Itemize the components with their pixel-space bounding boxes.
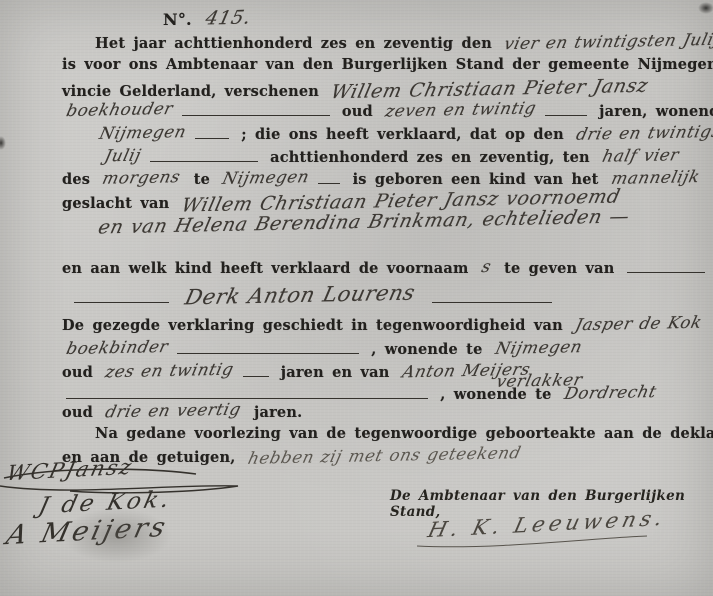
fill-rule — [545, 104, 587, 116]
act-line-12: De gezegde verklaring geschiedt in tegen… — [62, 315, 707, 334]
handwritten-child-gender: mannelijk — [609, 167, 701, 188]
act-number-label: N°. — [163, 10, 192, 29]
act-line-15: , wonende te Dordrecht — [62, 384, 661, 403]
printed-text: Na gedane voorlezing van de tegenwoordig… — [95, 425, 713, 442]
scan-edge-mark — [698, 2, 713, 14]
handwritten-witness1-age: zes en twintig — [104, 360, 236, 382]
printed-text: is voor ons Ambtenaar van den Burgerlijk… — [62, 56, 713, 73]
handwritten-witness1-name: Jasper de Kok — [574, 313, 705, 335]
printed-text: te — [194, 171, 210, 188]
printed-text: te geven van — [504, 260, 614, 277]
ink-smudge — [62, 508, 172, 563]
signature-official-flourish — [415, 532, 650, 550]
act-line-14: oud zes en twintig jaren en van Anton Me… — [62, 362, 535, 381]
handwritten-birth-month: Julij — [103, 146, 143, 166]
fill-rule — [195, 127, 229, 139]
handwritten-time-of-day: morgens — [101, 167, 183, 188]
act-line-6: Julij achttienhonderd zes en zeventig, t… — [100, 147, 713, 166]
printed-text: oud — [62, 404, 93, 421]
act-line-17: Na gedane voorlezing van de tegenwoordig… — [95, 425, 713, 442]
handwritten-declarant-occupation: boekhouder — [65, 99, 176, 120]
handwritten-witness1-occupation: boekbinder — [65, 337, 171, 358]
act-line-1: Het jaar achttienhonderd zes en zeventig… — [95, 33, 713, 52]
printed-text: , wonende te — [371, 341, 482, 358]
fill-rule — [182, 104, 330, 116]
fill-rule — [74, 291, 169, 303]
handwritten-plural-mark: s — [480, 257, 493, 276]
act-line-16: oud drie en veertig jaren. — [62, 402, 302, 421]
handwritten-birth-day: drie en twintigsten — [575, 121, 713, 144]
printed-text: oud — [342, 103, 373, 120]
act-number-value: 415. — [203, 7, 253, 30]
printed-text: De gezegde verklaring geschiedt in tegen… — [62, 317, 563, 334]
birth-certificate-scan: N°. 415. Het jaar achttienhonderd zes en… — [0, 0, 713, 596]
fill-rule — [177, 342, 359, 354]
act-line-4: boekhouder oud zeven en twintig jaren, w… — [62, 101, 713, 120]
fill-rule — [243, 365, 269, 377]
handwritten-registration-date: vier en twintigsten Julij — [503, 30, 713, 53]
printed-text: achttienhonderd zes en zeventig, ten — [270, 149, 590, 166]
fill-rule — [318, 172, 340, 184]
scan-edge-mark — [0, 136, 6, 150]
act-line-3: vincie Gelderland, verschenen Willem Chr… — [62, 79, 652, 101]
printed-text: ; die ons heeft verklaard, dat op den — [241, 126, 564, 143]
handwritten-child-names: Derk Anton Lourens — [183, 281, 418, 310]
act-line-10: en aan welk kind heeft verklaard de voor… — [62, 258, 709, 277]
handwritten-birth-place: Nijmegen — [221, 167, 312, 188]
act-number-line: N°. 415. — [163, 8, 255, 30]
act-line-2: is voor ons Ambtenaar van den Burgerlijk… — [62, 56, 713, 73]
printed-text: Het jaar achttienhonderd zes en zeventig… — [95, 35, 492, 52]
act-line-11: Derk Anton Lourens — [70, 284, 556, 308]
handwritten-declarant-residence: Nijmegen — [98, 122, 189, 143]
handwritten-witness2-residence: Dordrecht — [562, 382, 658, 403]
printed-text: oud — [62, 364, 93, 381]
handwritten-closing-formula: hebben zij met ons geteekend — [246, 443, 523, 468]
printed-text: jaren en van — [281, 364, 390, 381]
act-line-13: boekbinder , wonende te Nijmegen — [62, 339, 587, 358]
act-line-5: Nijmegen ; die ons heeft verklaard, dat … — [95, 124, 713, 143]
handwritten-witness1-residence: Nijmegen — [493, 337, 584, 358]
fill-rule — [627, 261, 705, 273]
printed-text: geslacht van — [62, 195, 169, 212]
printed-text: , wonende te — [440, 386, 551, 403]
printed-text: is geboren een kind van het — [353, 171, 599, 188]
printed-text: jaren. — [254, 404, 302, 421]
handwritten-birth-time: half vier — [601, 145, 681, 166]
fill-rule — [150, 150, 258, 162]
printed-text: jaren, wonende te — [599, 103, 713, 120]
fill-rule — [66, 387, 428, 399]
printed-text: des — [62, 171, 90, 188]
printed-text: vincie Gelderland, verschenen — [62, 83, 319, 100]
handwritten-witness2-age: drie en veertig — [104, 400, 244, 422]
printed-text: en aan welk kind heeft verklaard de voor… — [62, 260, 469, 277]
act-line-9: en van Helena Berendina Brinkman, echtel… — [95, 212, 633, 234]
fill-rule — [432, 291, 552, 303]
handwritten-declarant-age: zeven en twintig — [384, 98, 539, 120]
